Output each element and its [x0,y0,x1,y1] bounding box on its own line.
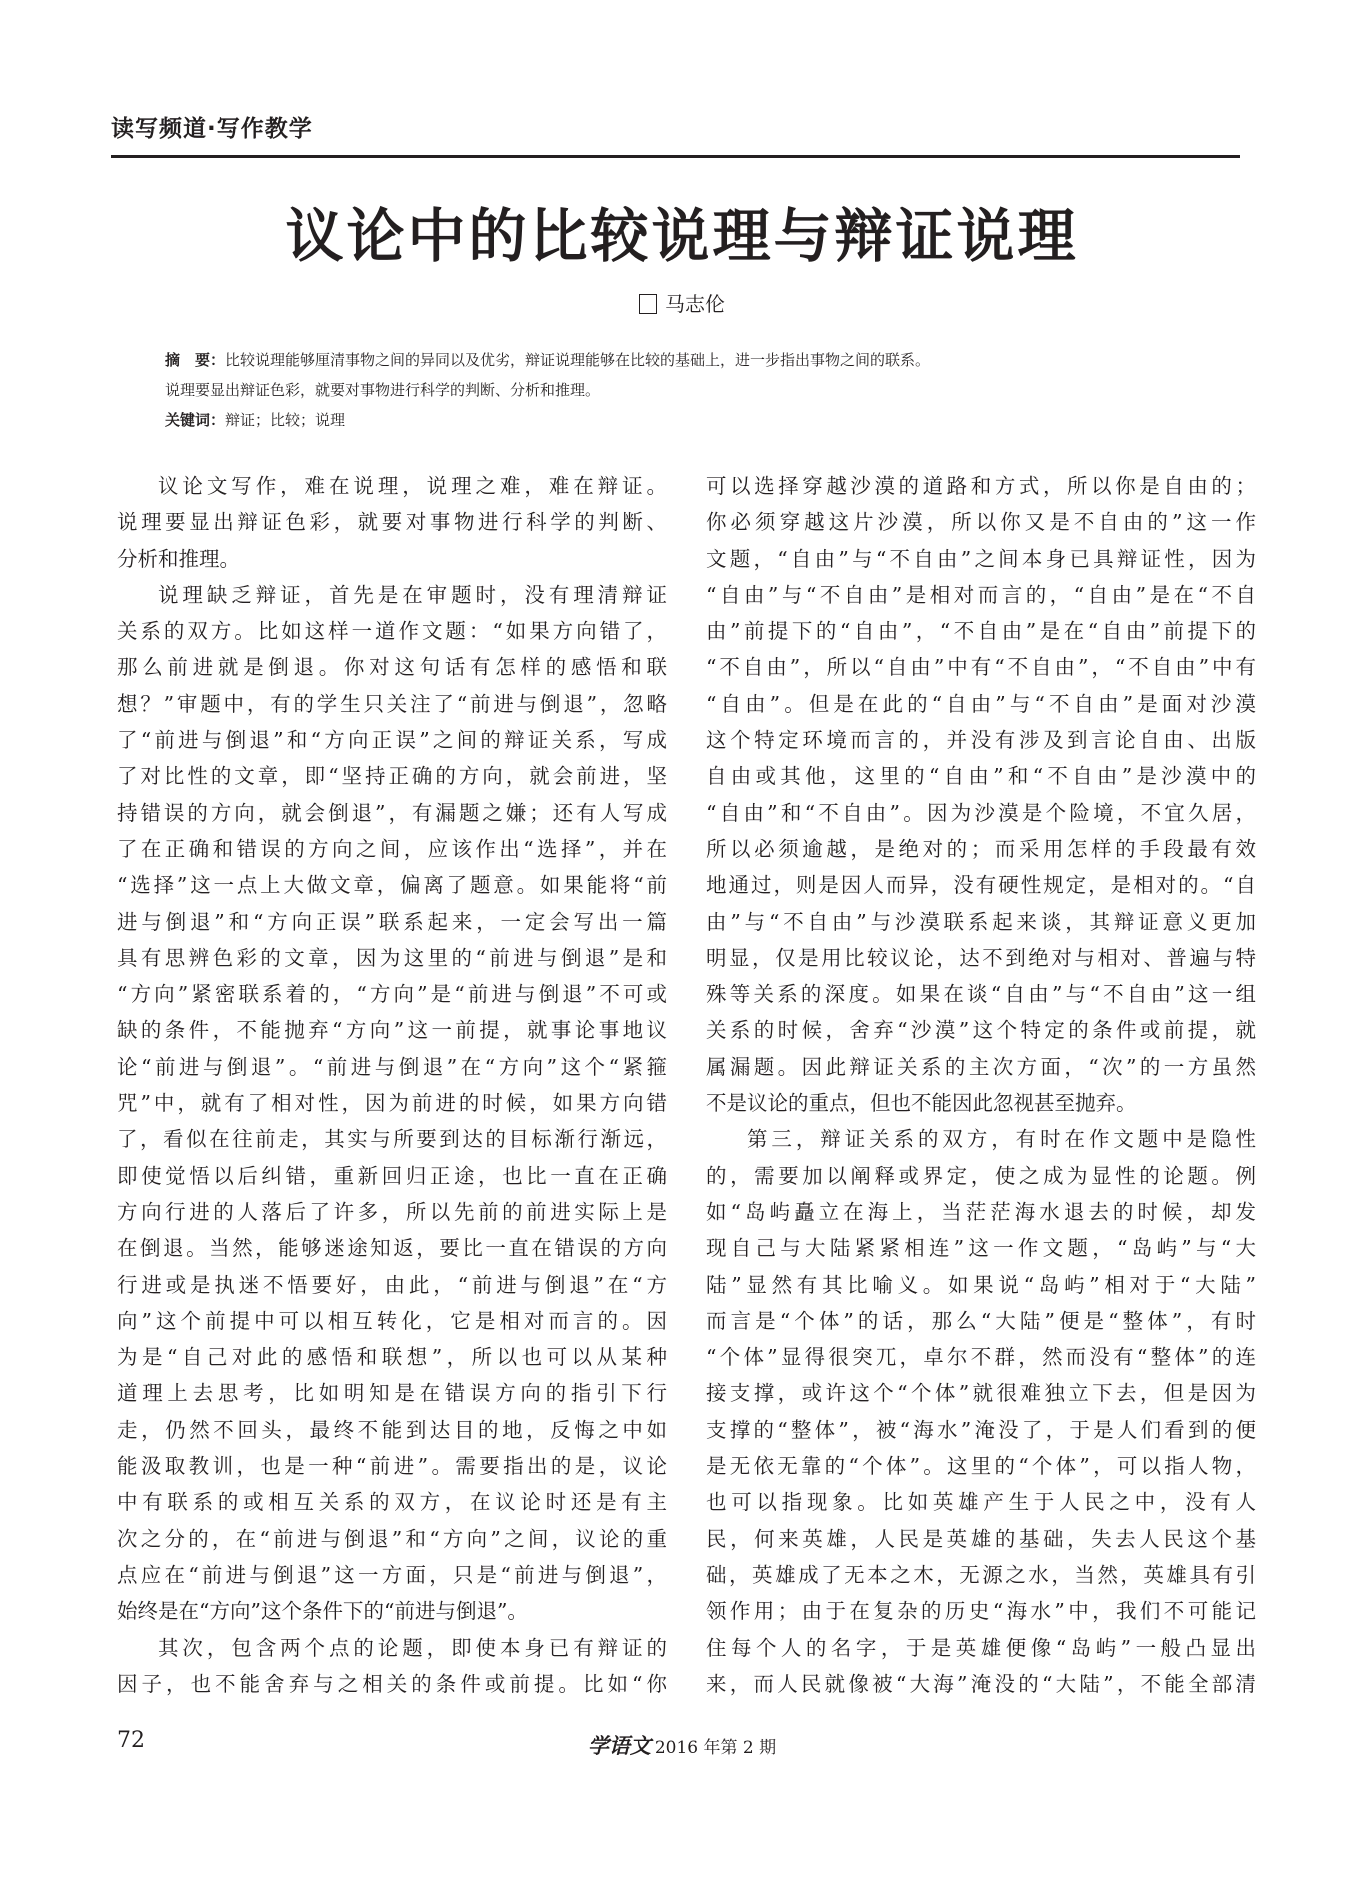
section-header: 读写频道·写作教学 [111,114,1240,144]
text-line: 自由或其他，这里的“自由”和“不自由”是沙漠中的 [706,758,1256,794]
text-line: 行进或是执迷不悟要好，由此，“前进与倒退”在“方 [117,1267,667,1303]
text-line: 因子，也不能舍弃与之相关的条件或前提。比如“你 [117,1666,667,1702]
text-line: 支撑的“整体”，被“海水”淹没了，于是人们看到的便 [706,1412,1256,1448]
text-line: 想？”审题中，有的学生只关注了“前进与倒退”，忽略 [117,686,667,722]
journal-name: 学语文 [588,1734,651,1758]
keywords-line: 关键词：辩证；比较；说理 [165,405,1245,435]
abstract-line-1: 摘 要：比较说理能够厘清事物之间的异同以及优劣，辩证说理能够在比较的基础上，进一… [165,345,1245,375]
text-line: 了对比性的文章，即“坚持正确的方向，就会前进，坚 [117,758,667,794]
page-footer: 72 学语文2016 年第 2 期 [0,1728,1364,1768]
text-line: 殊等关系的深度。如果在谈“自由”与“不自由”这一组 [706,976,1256,1012]
text-line: 点应在“前进与倒退”这一方面，只是“前进与倒退”， [117,1557,667,1593]
text-line: 住每个人的名字，于是英雄便像“岛屿”一般凸显出 [706,1630,1256,1666]
text-line: 是无依无靠的“个体”。这里的“个体”，可以指人物， [706,1448,1256,1484]
text-line: 其次，包含两个点的论题，即使本身已有辩证的 [117,1630,667,1666]
text-line: 进与倒退”和“方向正误”联系起来，一定会写出一篇 [117,904,667,940]
text-line: 由”与“不自由”与沙漠联系起来谈，其辩证意义更加 [706,904,1256,940]
text-line: 也可以指现象。比如英雄产生于人民之中，没有人 [706,1484,1256,1520]
text-line: 民，何来英雄，人民是英雄的基础，失去人民这个基 [706,1521,1256,1557]
abstract-text-1: 比较说理能够厘清事物之间的异同以及优劣，辩证说理能够在比较的基础上，进一步指出事… [225,351,930,369]
abstract-label: 摘 要： [165,351,225,369]
text-line: 现自己与大陆紧紧相连”这一作文题，“岛屿”与“大 [706,1230,1256,1266]
author-box-icon [639,294,657,314]
text-line: “自由”与“不自由”是相对而言的，“自由”是在“不自 [706,577,1256,613]
text-line: 始终是在“方向”这个条件下的“前进与倒退”。 [117,1593,667,1629]
text-line: 走，仍然不回头，最终不能到达目的地，反悔之中如 [117,1412,667,1448]
text-line: 文题，“自由”与“不自由”之间本身已具辩证性，因为 [706,541,1256,577]
author-name: 马志伦 [665,292,725,316]
text-line: 论“前进与倒退”。“前进与倒退”在“方向”这个“紧箍 [117,1049,667,1085]
text-line: 缺的条件，不能抛弃“方向”这一前提，就事论事地议 [117,1012,667,1048]
text-line: 如“岛屿矗立在海上，当茫茫海水退去的时候，却发 [706,1194,1256,1230]
text-line: 即使觉悟以后纠错，重新回归正途，也比一直在正确 [117,1158,667,1194]
text-line: 陆”显然有其比喻义。如果说“岛屿”相对于“大陆” [706,1267,1256,1303]
text-line: “自由”和“不自由”。因为沙漠是个险境，不宜久居， [706,795,1256,831]
text-line: 说理要显出辩证色彩，就要对事物进行科学的判断、 [117,504,667,540]
text-line: 议论文写作，难在说理，说理之难，难在辩证。 [117,468,667,504]
abstract-line-2: 说理要显出辩证色彩，就要对事物进行科学的判断、分析和推理。 [165,375,1245,405]
text-line: 不是议论的重点，但也不能因此忽视甚至抛弃。 [706,1085,1256,1121]
keywords-text: 辩证；比较；说理 [225,411,345,429]
text-line: 能汲取教训，也是一种“前进”。需要指出的是，议论 [117,1448,667,1484]
text-line: “选择”这一点上大做文章，偏离了题意。如果能将“前 [117,867,667,903]
text-line: 持错误的方向，就会倒退”，有漏题之嫌；还有人写成 [117,795,667,831]
text-line: 地通过，则是因人而异，没有硬性规定，是相对的。“自 [706,867,1256,903]
text-line: 的，需要加以阐释或界定，使之成为显性的论题。例 [706,1158,1256,1194]
text-line: 由”前提下的“自由”，“不自由”是在“自由”前提下的 [706,613,1256,649]
text-line: “自由”。但是在此的“自由”与“不自由”是面对沙漠 [706,686,1256,722]
abstract-block: 摘 要：比较说理能够厘清事物之间的异同以及优劣，辩证说理能够在比较的基础上，进一… [165,345,1245,435]
text-line: 咒”中，就有了相对性，因为前进的时候，如果方向错 [117,1085,667,1121]
text-line: “不自由”，所以“自由”中有“不自由”，“不自由”中有 [706,649,1256,685]
section-label: 读写频道·写作教学 [111,116,313,142]
text-line: 中有联系的或相互关系的双方，在议论时还是有主 [117,1484,667,1520]
text-line: 具有思辨色彩的文章，因为这里的“前进与倒退”是和 [117,940,667,976]
author-line: 马志伦 [0,290,1364,318]
body-column-right: 可以选择穿越沙漠的道路和方式，所以你是自由的；你必须穿越这片沙漠，所以你又是不自… [706,468,1256,1702]
text-line: 次之分的，在“前进与倒退”和“方向”之间，议论的重 [117,1521,667,1557]
text-line: 明显，仅是用比较议论，达不到绝对与相对、普遍与特 [706,940,1256,976]
journal-issue: 2016 年第 2 期 [655,1738,776,1758]
body-column-left: 议论文写作，难在说理，说理之难，难在辩证。说理要显出辩证色彩，就要对事物进行科学… [117,468,667,1702]
text-line: 所以必须逾越，是绝对的；而采用怎样的手段最有效 [706,831,1256,867]
text-line: 为是“自己对此的感悟和联想”，所以也可以从某种 [117,1339,667,1375]
text-line: 向”这个前提中可以相互转化，它是相对而言的。因 [117,1303,667,1339]
text-line: 关系的时候，舍弃“沙漠”这个特定的条件或前提，就 [706,1012,1256,1048]
text-line: 关系的双方。比如这样一道作文题：“如果方向错了， [117,613,667,649]
text-line: 而言是“个体”的话，那么“大陆”便是“整体”，有时 [706,1303,1256,1339]
text-line: 分析和推理。 [117,541,667,577]
text-line: 接支撑，或许这个“个体”就很难独立下去，但是因为 [706,1375,1256,1411]
text-line: “方向”紧密联系着的，“方向”是“前进与倒退”不可或 [117,976,667,1012]
header-divider [111,155,1240,158]
text-line: 道理上去思考，比如明知是在错误方向的指引下行 [117,1375,667,1411]
text-line: 这个特定环境而言的，并没有涉及到言论自由、出版 [706,722,1256,758]
text-line: 可以选择穿越沙漠的道路和方式，所以你是自由的； [706,468,1256,504]
article-title: 议论中的比较说理与辩证说理 [0,200,1364,272]
text-line: 来，而人民就像被“大海”淹没的“大陆”，不能全部清 [706,1666,1256,1702]
text-line: 说理缺乏辩证，首先是在审题时，没有理清辩证 [117,577,667,613]
text-line: 属漏题。因此辩证关系的主次方面，“次”的一方虽然 [706,1049,1256,1085]
keywords-label: 关键词： [165,411,225,429]
text-line: 那么前进就是倒退。你对这句话有怎样的感悟和联 [117,649,667,685]
text-line: “个体”显得很突兀，卓尔不群，然而没有“整体”的连 [706,1339,1256,1375]
text-line: 你必须穿越这片沙漠，所以你又是不自由的”这一作 [706,504,1256,540]
text-line: 领作用；由于在复杂的历史“海水”中，我们不可能记 [706,1593,1256,1629]
text-line: 了在正确和错误的方向之间，应该作出“选择”，并在 [117,831,667,867]
text-line: 了，看似在往前走，其实与所要到达的目标渐行渐远， [117,1121,667,1157]
text-line: 础，英雄成了无本之木，无源之水，当然，英雄具有引 [706,1557,1256,1593]
text-line: 第三，辩证关系的双方，有时在作文题中是隐性 [706,1121,1256,1157]
text-line: 方向行进的人落后了许多，所以先前的前进实际上是 [117,1194,667,1230]
text-line: 在倒退。当然，能够迷途知返，要比一直在错误的方向 [117,1230,667,1266]
text-line: 了“前进与倒退”和“方向正误”之间的辩证关系，写成 [117,722,667,758]
journal-info: 学语文2016 年第 2 期 [0,1730,1364,1760]
